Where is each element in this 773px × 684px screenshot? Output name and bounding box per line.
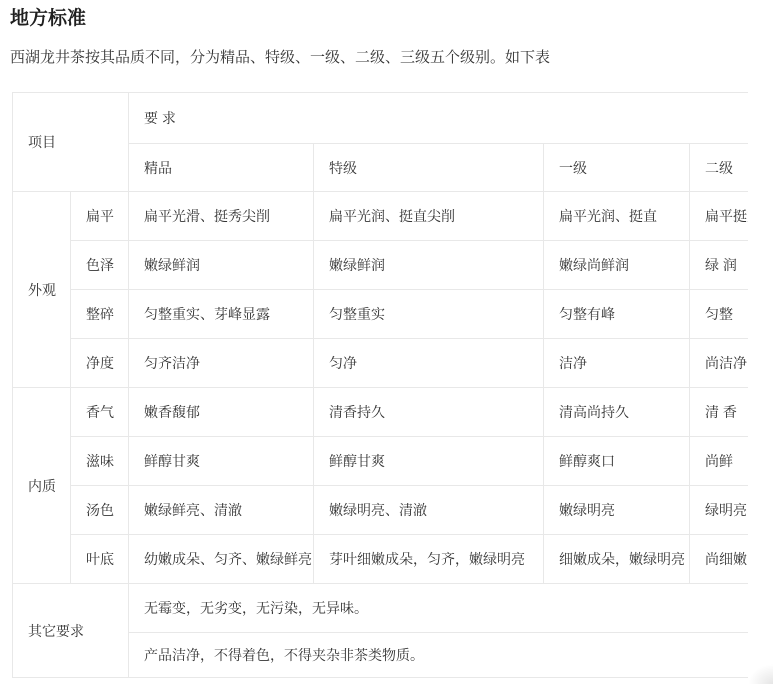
value-cell: 匀整重实 xyxy=(314,290,544,339)
value-cell: 扁平挺直 xyxy=(690,192,749,241)
value-cell: 尚洁净 xyxy=(690,339,749,388)
value-cell: 鲜醇甘爽 xyxy=(314,437,544,486)
header-cell-item: 项目 xyxy=(13,93,129,192)
scroll-shadow xyxy=(748,664,773,684)
standards-table: 项目 要 求 精品 特级 一级 二级 外观 扁平 扁平光滑、挺秀尖削 扁平光润、… xyxy=(12,92,748,678)
value-cell: 匀净 xyxy=(314,339,544,388)
row-label: 汤色 xyxy=(71,486,129,535)
value-cell: 嫩绿尚鲜润 xyxy=(544,241,690,290)
value-cell: 匀整 xyxy=(690,290,749,339)
other-requirement-cell: 无霉变，无劣变，无污染，无异味。 xyxy=(129,584,749,633)
other-requirement-cell: 产品洁净，不得着色，不得夹杂非茶类物质。 xyxy=(129,633,749,678)
value-cell: 嫩绿明亮 xyxy=(544,486,690,535)
value-cell: 匀整有峰 xyxy=(544,290,690,339)
row-label: 滋味 xyxy=(71,437,129,486)
value-cell: 尚鲜 xyxy=(690,437,749,486)
value-cell: 尚细嫩 xyxy=(690,535,749,584)
header-cell-grade-first: 一级 xyxy=(544,144,690,192)
value-cell: 绿 润 xyxy=(690,241,749,290)
page-title: 地方标准 xyxy=(0,0,773,31)
value-cell: 扁平光润、挺直尖削 xyxy=(314,192,544,241)
standards-table-wrapper: 项目 要 求 精品 特级 一级 二级 外观 扁平 扁平光滑、挺秀尖削 扁平光润、… xyxy=(12,92,748,679)
value-cell: 芽叶细嫩成朵，匀齐，嫩绿明亮 xyxy=(314,535,544,584)
value-cell: 嫩绿鲜润 xyxy=(129,241,314,290)
value-cell: 清高尚持久 xyxy=(544,388,690,437)
value-cell: 细嫩成朵，嫩绿明亮 xyxy=(544,535,690,584)
value-cell: 匀齐洁净 xyxy=(129,339,314,388)
value-cell: 扁平光润、挺直 xyxy=(544,192,690,241)
value-cell: 洁净 xyxy=(544,339,690,388)
value-cell: 清香持久 xyxy=(314,388,544,437)
value-cell: 绿明亮 xyxy=(690,486,749,535)
value-cell: 幼嫩成朵、匀齐、嫩绿鲜亮 xyxy=(129,535,314,584)
value-cell: 清 香 xyxy=(690,388,749,437)
value-cell: 嫩香馥郁 xyxy=(129,388,314,437)
row-label: 净度 xyxy=(71,339,129,388)
header-cell-requirement: 要 求 xyxy=(129,93,749,144)
row-label: 叶底 xyxy=(71,535,129,584)
row-label: 色泽 xyxy=(71,241,129,290)
group-cell-internal-quality: 内质 xyxy=(13,388,71,584)
header-cell-grade-special: 特级 xyxy=(314,144,544,192)
value-cell: 嫩绿鲜亮、清澈 xyxy=(129,486,314,535)
row-label: 扁平 xyxy=(71,192,129,241)
intro-text: 西湖龙井茶按其品质不同，分为精品、特级、一级、二级、三级五个级别。如下表 xyxy=(0,31,773,69)
row-label: 整碎 xyxy=(71,290,129,339)
value-cell: 匀整重实、芽峰显露 xyxy=(129,290,314,339)
row-label: 香气 xyxy=(71,388,129,437)
group-cell-appearance: 外观 xyxy=(13,192,71,388)
value-cell: 嫩绿鲜润 xyxy=(314,241,544,290)
header-cell-grade-second: 二级 xyxy=(690,144,749,192)
value-cell: 扁平光滑、挺秀尖削 xyxy=(129,192,314,241)
value-cell: 鲜醇爽口 xyxy=(544,437,690,486)
value-cell: 嫩绿明亮、清澈 xyxy=(314,486,544,535)
group-cell-other-requirements: 其它要求 xyxy=(13,584,129,678)
header-cell-grade-premium: 精品 xyxy=(129,144,314,192)
value-cell: 鲜醇甘爽 xyxy=(129,437,314,486)
